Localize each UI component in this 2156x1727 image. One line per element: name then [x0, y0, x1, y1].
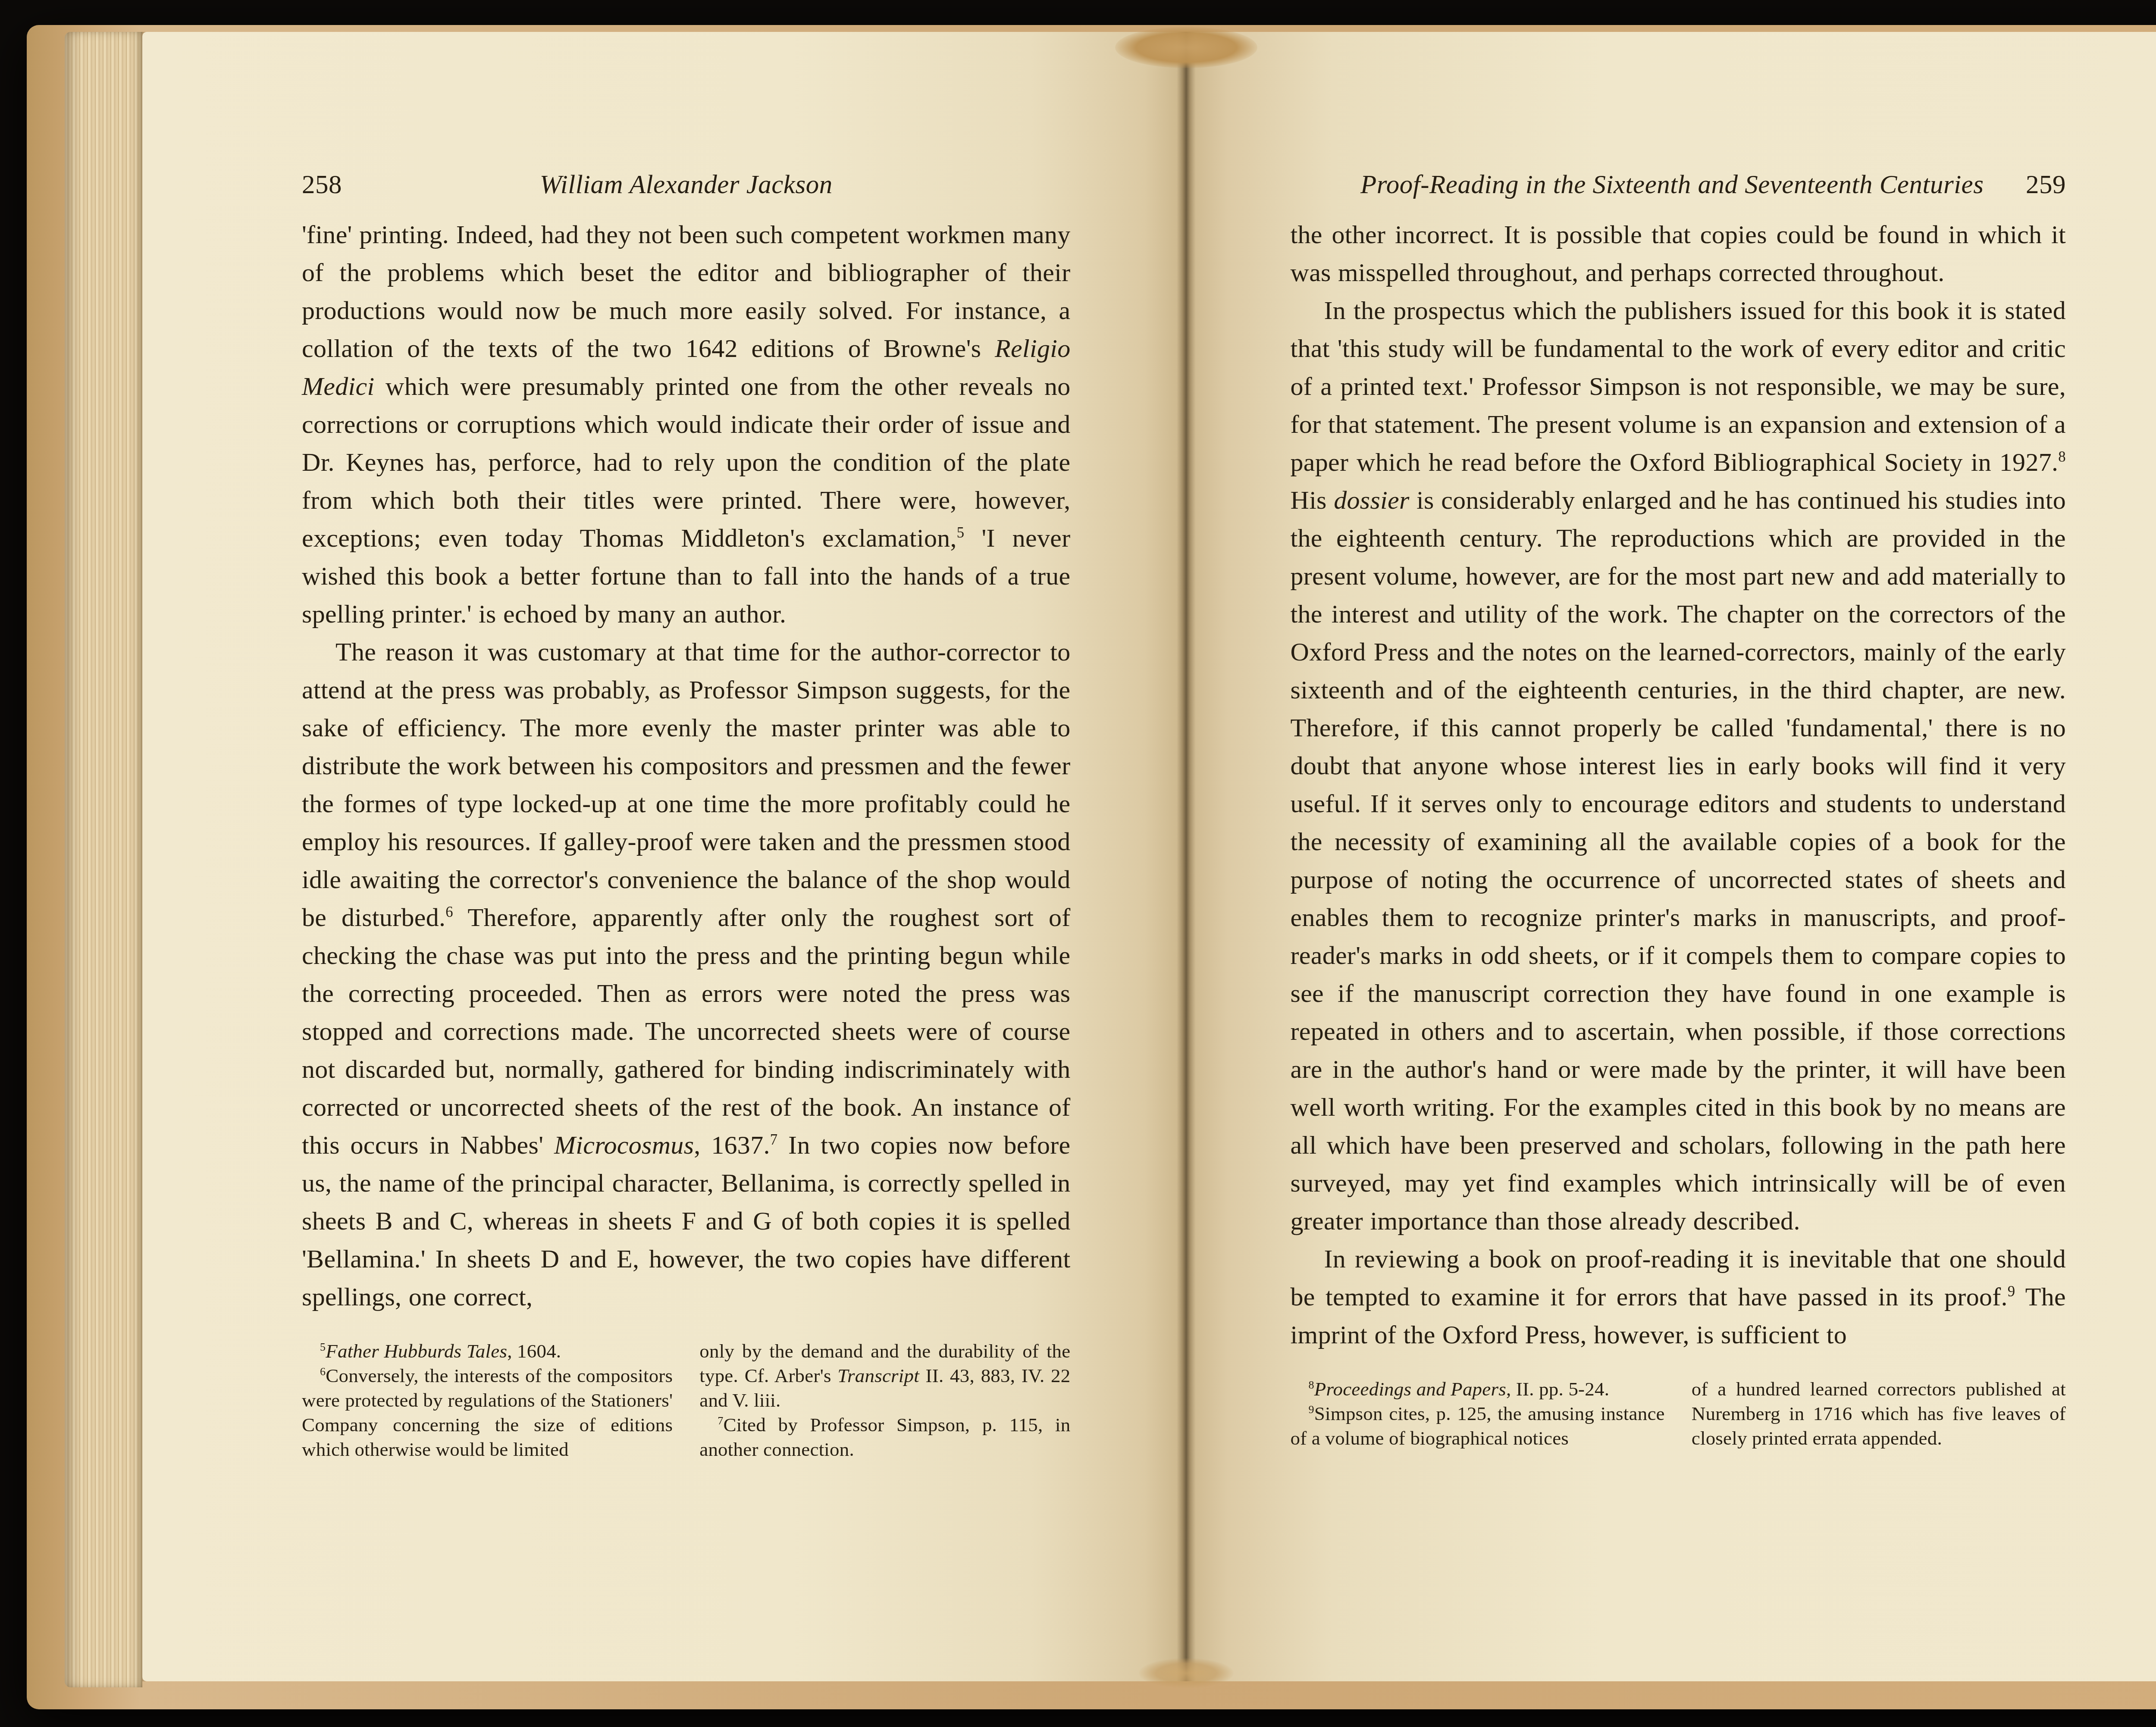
left-running-head: William Alexander Jackson [540, 169, 833, 201]
footnote-column-1: 5Father Hubburds Tales, 1604.6Conversely… [302, 1339, 673, 1462]
right-page-body: the other incorrect. It is possible that… [1291, 216, 2066, 1354]
footnote: 8Proceedings and Papers, II. pp. 5-24. [1291, 1377, 1665, 1402]
paragraph: the other incorrect. It is possible that… [1291, 216, 2066, 291]
footnote: only by the demand and the durability of… [699, 1339, 1070, 1413]
left-page-content: 258 William Alexander Jackson 'fine' pri… [142, 32, 1186, 1681]
right-page-number: 259 [2026, 169, 2066, 201]
footnote: 7Cited by Professor Simpson, p. 115, in … [699, 1413, 1070, 1462]
right-page-footnotes: 8Proceedings and Papers, II. pp. 5-24.9S… [1291, 1377, 2066, 1451]
footnote: of a hundred learned correctors publishe… [1692, 1377, 2066, 1451]
right-page-header: Proof-Reading in the Sixteenth and Seven… [1291, 169, 2066, 201]
footnote: 6Conversely, the interests of the compos… [302, 1364, 673, 1462]
footnote-column-2: of a hundred learned correctors publishe… [1692, 1377, 2066, 1451]
spine-headcap-tear [1115, 27, 1257, 68]
left-page-number: 258 [302, 169, 342, 201]
right-page: Proof-Reading in the Sixteenth and Seven… [1186, 32, 2156, 1681]
open-book: 258 William Alexander Jackson 'fine' pri… [27, 25, 2156, 1709]
right-page-content: Proof-Reading in the Sixteenth and Seven… [1186, 32, 2156, 1681]
spine-tailcap [1139, 1658, 1234, 1688]
footnote-column-2: only by the demand and the durability of… [699, 1339, 1070, 1462]
page-edges-left [65, 32, 142, 1687]
right-running-head: Proof-Reading in the Sixteenth and Seven… [1360, 169, 1984, 201]
photo-background: 258 William Alexander Jackson 'fine' pri… [0, 0, 2156, 1727]
paragraph: In the prospectus which the publishers i… [1291, 291, 2066, 1240]
footnote-column-1: 8Proceedings and Papers, II. pp. 5-24.9S… [1291, 1377, 1665, 1451]
left-page: 258 William Alexander Jackson 'fine' pri… [142, 32, 1186, 1681]
footnote: 5Father Hubburds Tales, 1604. [302, 1339, 673, 1364]
paragraph: In reviewing a book on proof-reading it … [1291, 1240, 2066, 1354]
left-page-header: 258 William Alexander Jackson [302, 169, 1071, 201]
left-page-footnotes: 5Father Hubburds Tales, 1604.6Conversely… [302, 1339, 1071, 1462]
page-spread: 258 William Alexander Jackson 'fine' pri… [142, 32, 2156, 1681]
left-page-body: 'fine' printing. Indeed, had they not be… [302, 216, 1071, 1316]
paragraph: 'fine' printing. Indeed, had they not be… [302, 216, 1071, 633]
page-block: 258 William Alexander Jackson 'fine' pri… [65, 32, 2156, 1687]
paragraph: The reason it was customary at that time… [302, 633, 1071, 1316]
footnote: 9Simpson cites, p. 125, the amusing inst… [1291, 1402, 1665, 1451]
